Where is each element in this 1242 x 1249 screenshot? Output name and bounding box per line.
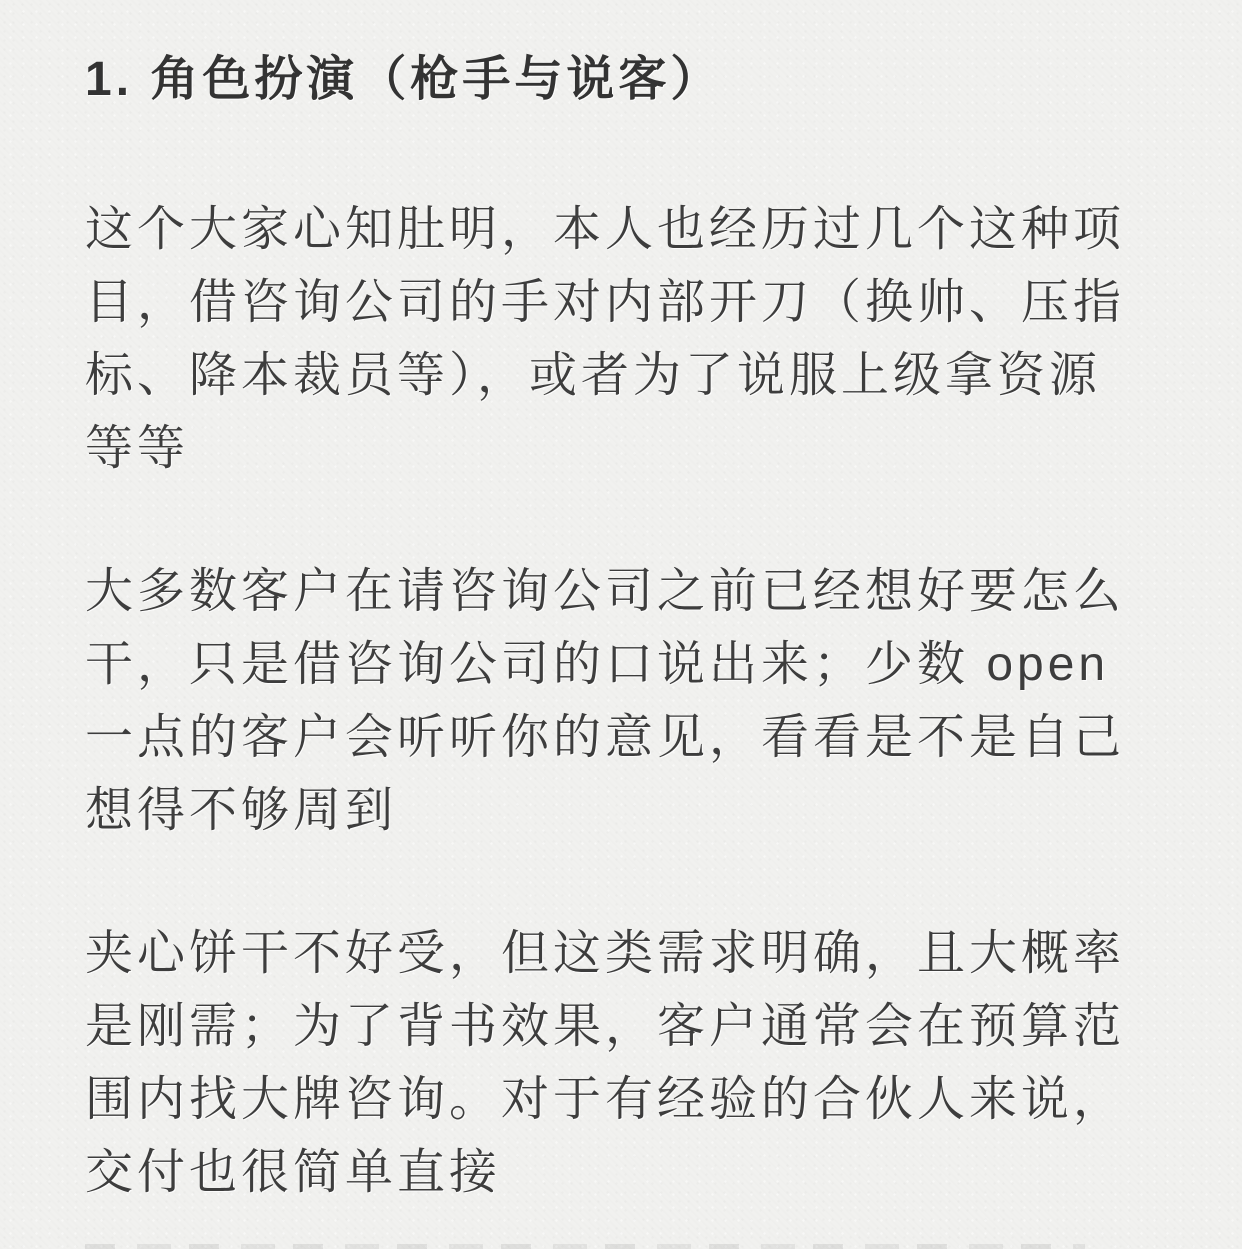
paragraph-role-play: 这个大家心知肚明，本人也经历过几个这种项目，借咨询公司的手对内部开刀（换帅、压指… (85, 193, 1150, 485)
paragraph-client-intent: 大多数客户在请咨询公司之前已经想好要怎么干，只是借咨询公司的口说出来；少数 op… (85, 555, 1150, 847)
paragraph-sandwich: 夹心饼干不好受，但这类需求明确，且大概率是刚需；为了背书效果，客户通常会在预算范… (85, 917, 1150, 1209)
clipped-next-text-line (85, 1244, 1085, 1249)
section-heading: 1. 角色扮演（枪手与说客） (85, 43, 1150, 116)
text-content: 1. 角色扮演（枪手与说客） 这个大家心知肚明，本人也经历过几个这种项目，借咨询… (85, 43, 1150, 1209)
note-page: 1. 角色扮演（枪手与说客） 这个大家心知肚明，本人也经历过几个这种项目，借咨询… (0, 0, 1242, 1249)
